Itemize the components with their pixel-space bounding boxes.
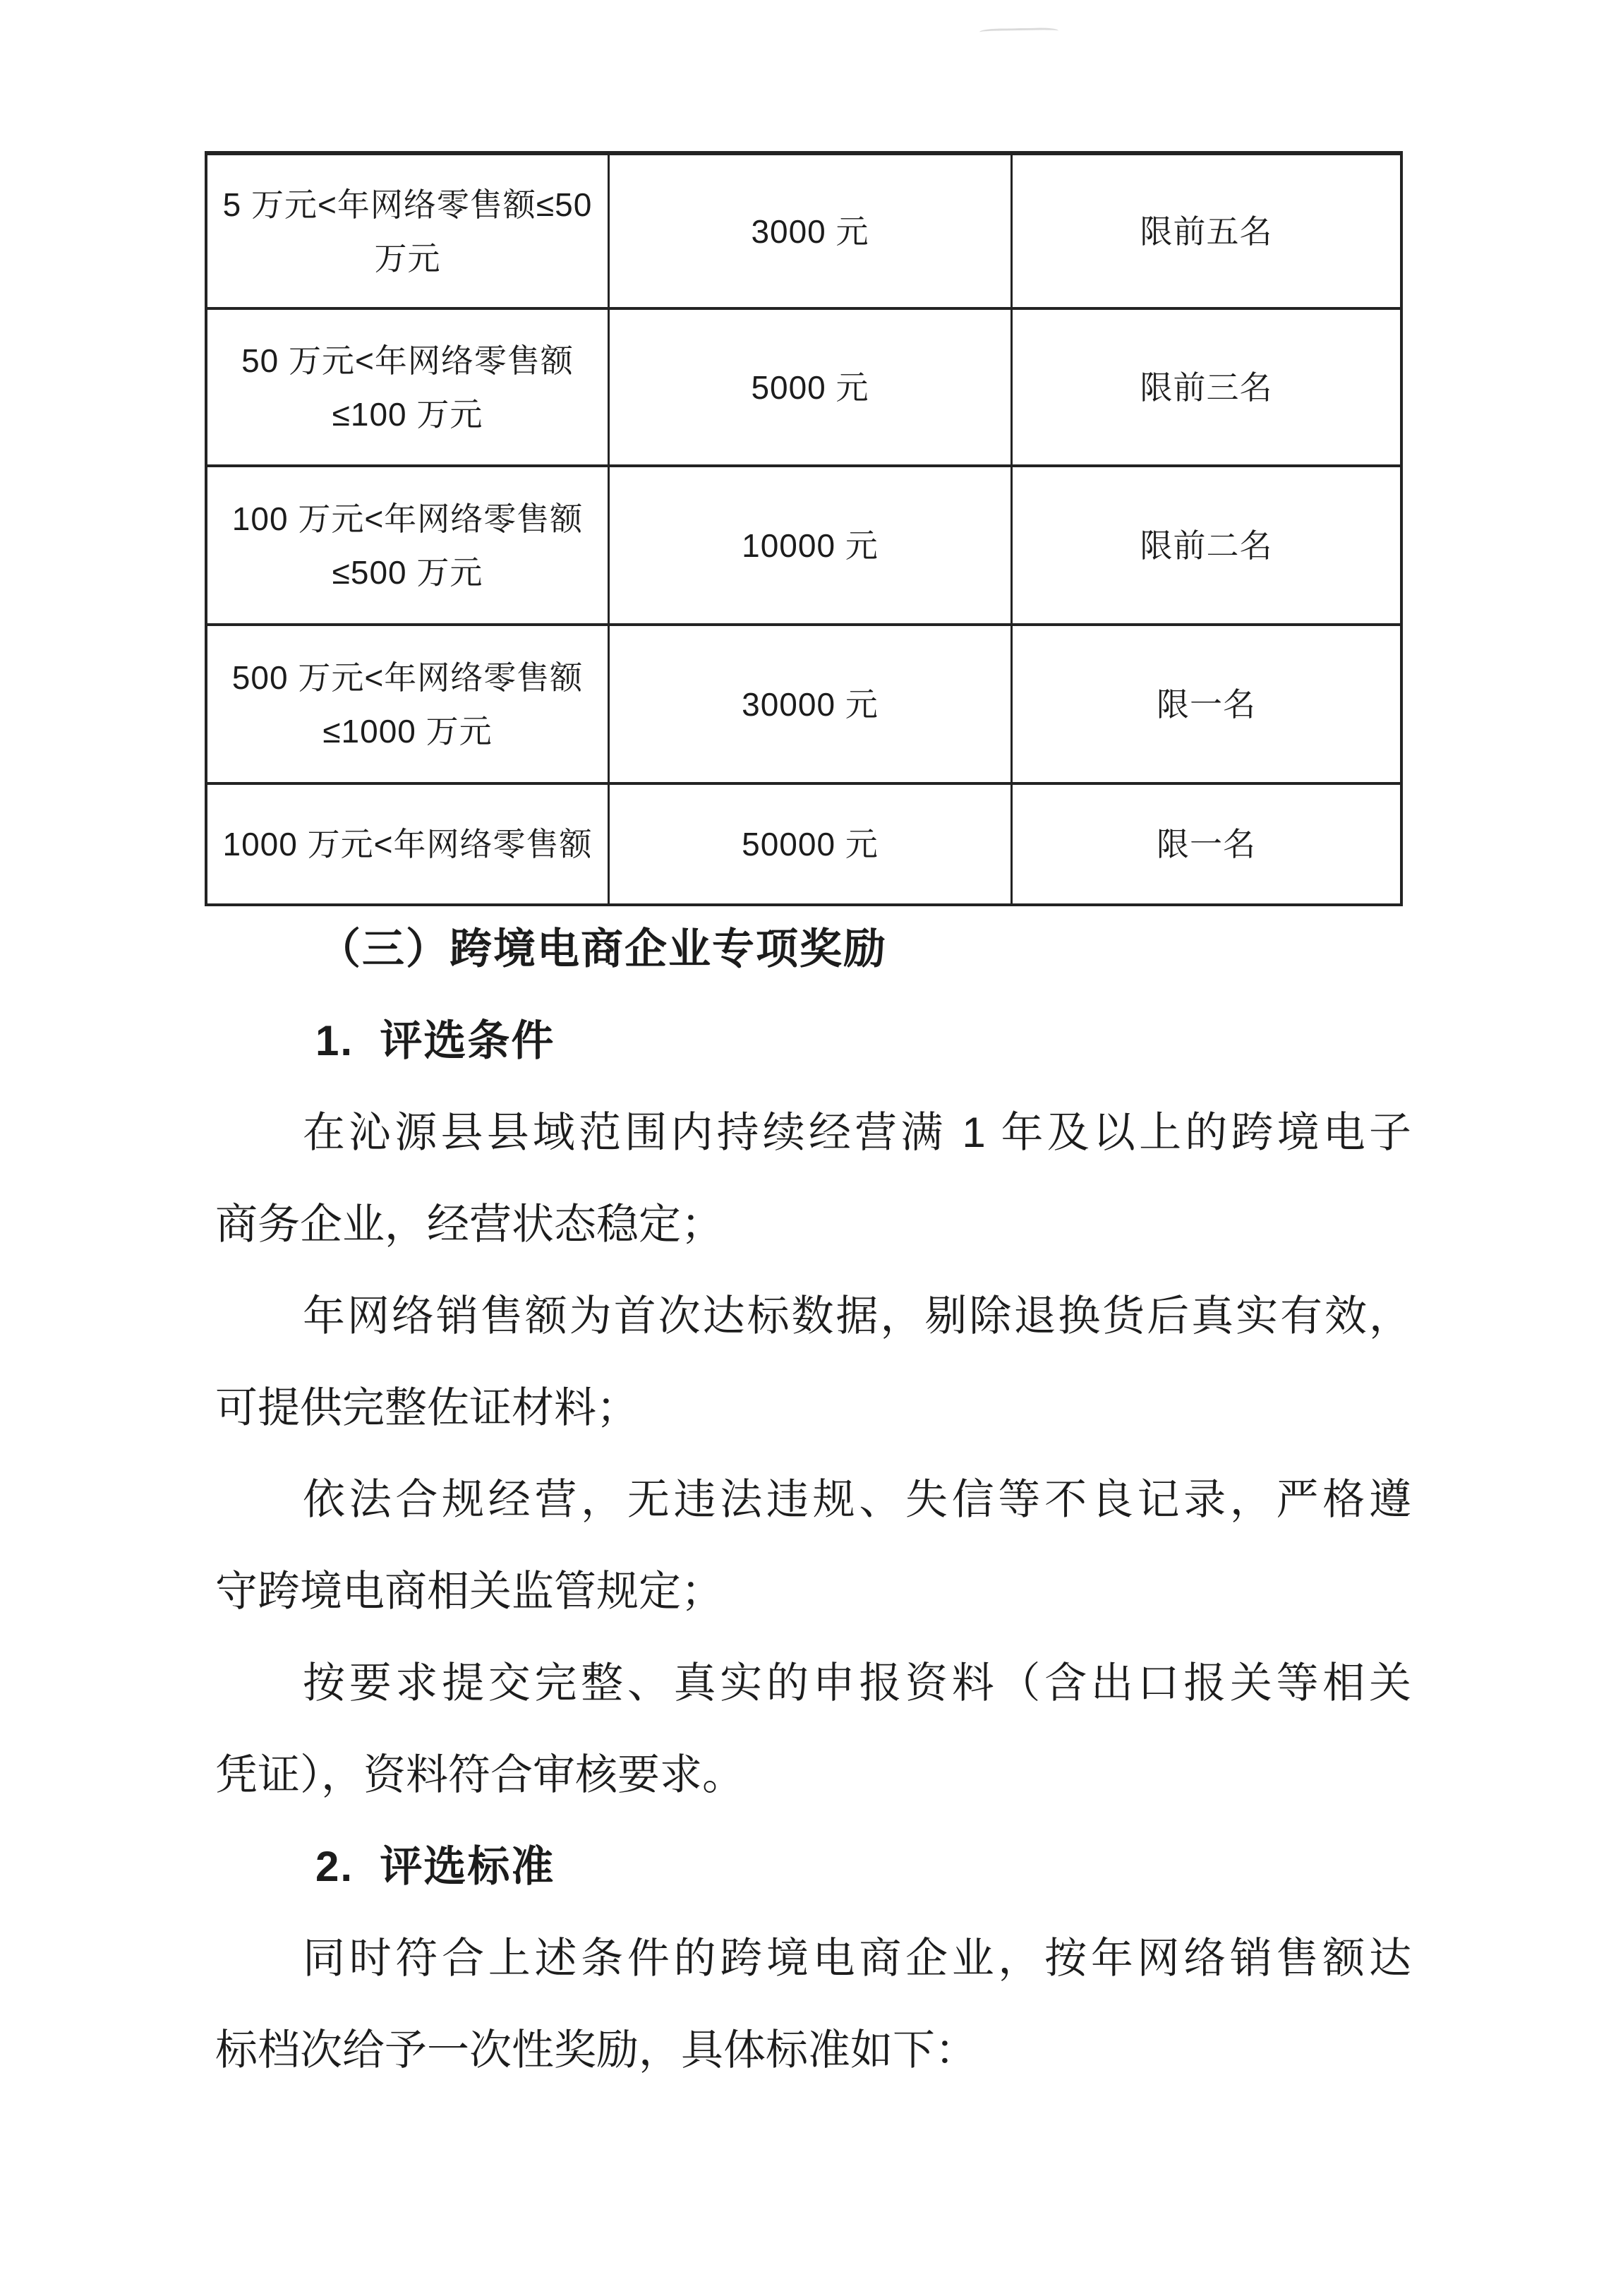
tier-cell: 5 万元<年网络零售额≤50 万元: [207, 155, 610, 310]
rank-limit-cell: 限一名: [1013, 626, 1400, 785]
body-line: 商务企业，经营状态稳定；: [215, 1179, 1411, 1270]
body-line: 凭证），资料符合审核要求。: [215, 1729, 1411, 1821]
rank-limit-cell: 限前五名: [1013, 155, 1400, 310]
section-heading: （三）跨境电商企业专项奖励: [215, 903, 1411, 995]
body-line: 同时符合上述条件的跨境电商企业，按年网络销售额达: [215, 1913, 1411, 2005]
subsection-heading: 2. 评选标准: [215, 1821, 1411, 1913]
body-line: 可提供完整佐证材料；: [215, 1362, 1411, 1454]
rank-limit-cell: 限一名: [1013, 785, 1400, 903]
body-text: （三）跨境电商企业专项奖励 1. 评选条件 在沁源县县域范围内持续经营满 1 年…: [215, 903, 1411, 2096]
body-line: 依法合规经营，无违法违规、失信等不良记录，严格遵: [215, 1454, 1411, 1546]
award-cell: 10000 元: [610, 467, 1013, 626]
body-line: 年网络销售额为首次达标数据，剔除退换货后真实有效，: [215, 1270, 1411, 1362]
award-cell: 5000 元: [610, 310, 1013, 467]
rank-limit-cell: 限前二名: [1013, 467, 1400, 626]
body-line: 按要求提交完整、真实的申报资料（含出口报关等相关: [215, 1637, 1411, 1729]
award-cell: 3000 元: [610, 155, 1013, 310]
award-cell: 30000 元: [610, 626, 1013, 785]
tier-cell: 50 万元<年网络零售额 ≤100 万元: [207, 310, 610, 467]
document-page: 5 万元<年网络零售额≤50 万元 3000 元 限前五名 50 万元<年网络零…: [0, 0, 1623, 2296]
body-line: 守跨境电商相关监管规定；: [215, 1546, 1411, 1637]
award-cell: 50000 元: [610, 785, 1013, 903]
body-line: 标档次给予一次性奖励，具体标准如下：: [215, 2005, 1411, 2096]
rank-limit-cell: 限前三名: [1013, 310, 1400, 467]
subsection-heading: 1. 评选条件: [215, 995, 1411, 1087]
tier-cell: 500 万元<年网络零售额 ≤1000 万元: [207, 626, 610, 785]
tier-cell: 1000 万元<年网络零售额: [207, 785, 610, 903]
body-line: 在沁源县县域范围内持续经营满 1 年及以上的跨境电子: [215, 1087, 1411, 1179]
scan-artifact: [979, 28, 1058, 35]
tier-cell: 100 万元<年网络零售额 ≤500 万元: [207, 467, 610, 626]
reward-tier-table: 5 万元<年网络零售额≤50 万元 3000 元 限前五名 50 万元<年网络零…: [205, 151, 1403, 906]
